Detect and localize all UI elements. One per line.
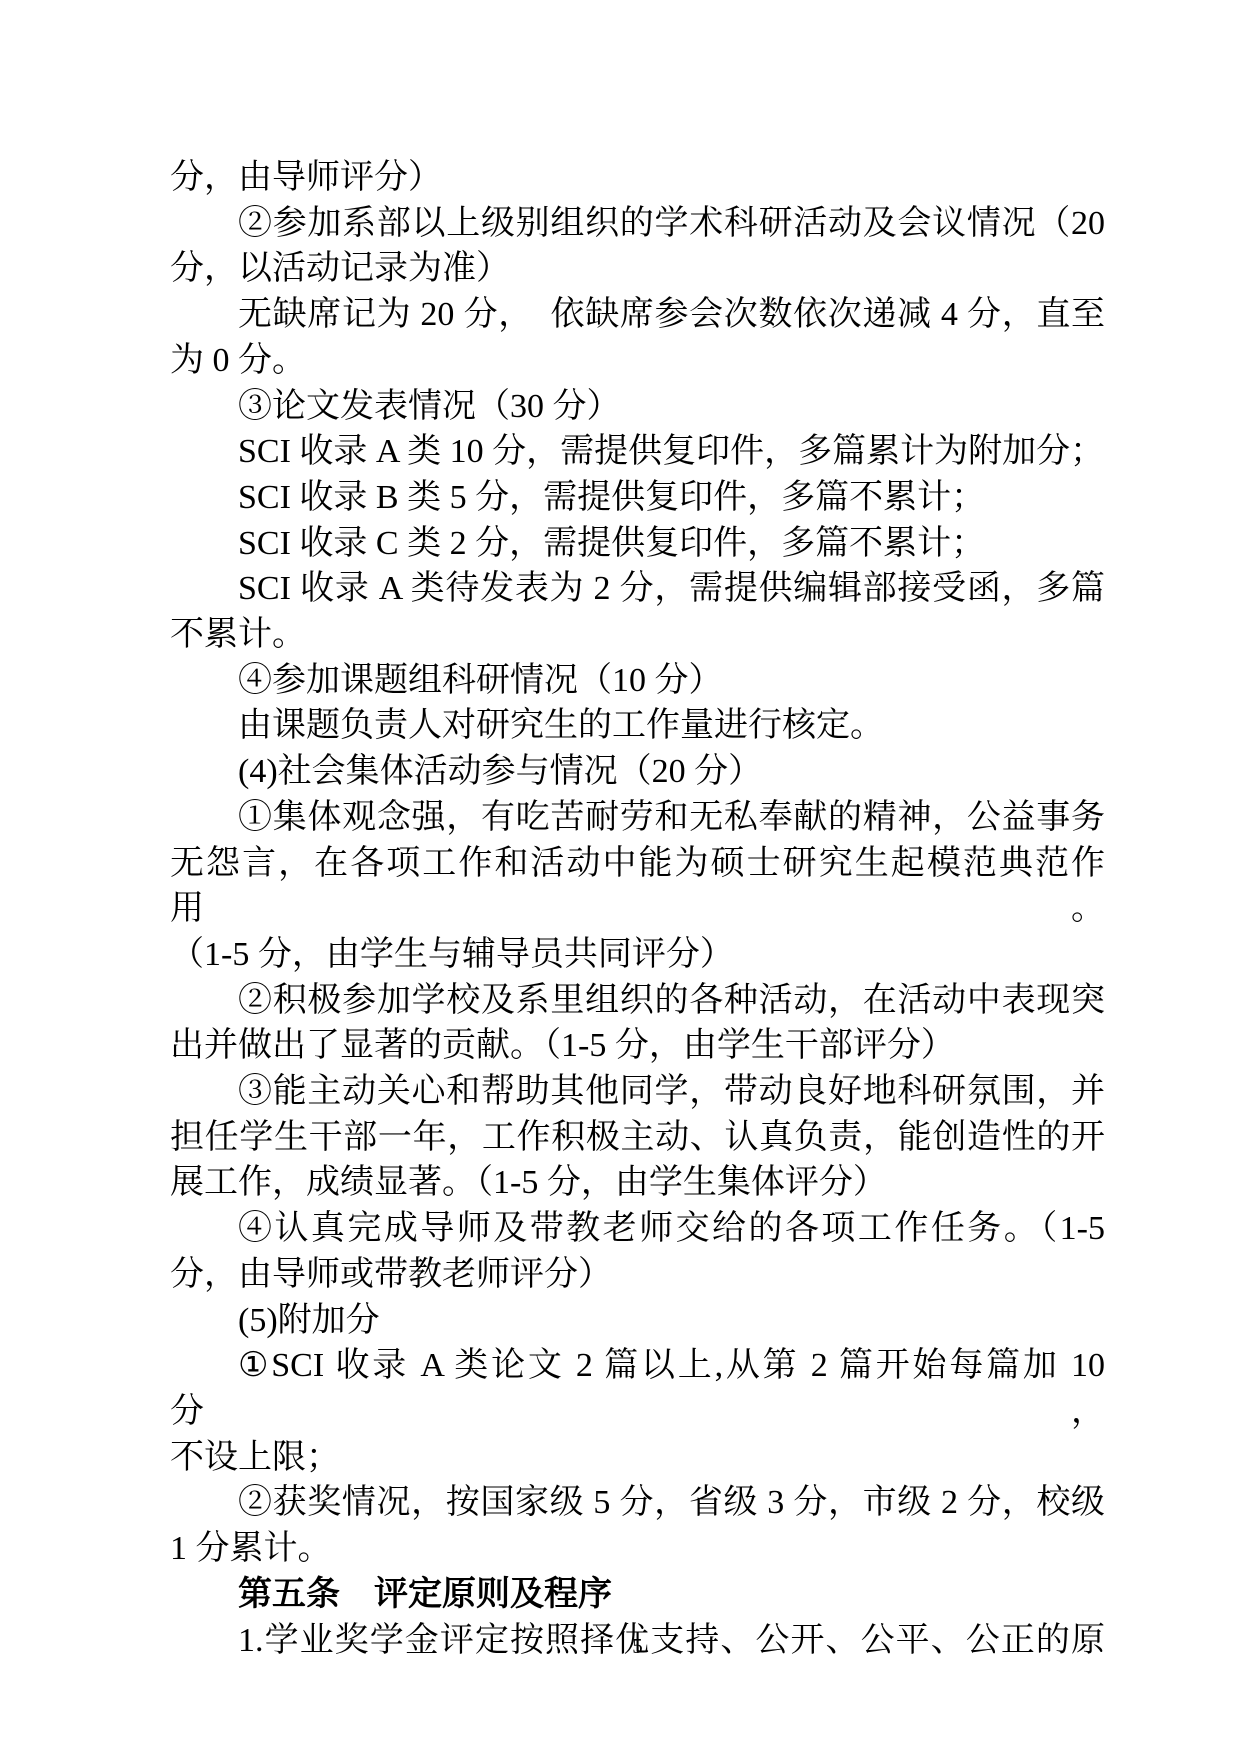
text-line: 出并做出了显著的贡献。（1-5 分，由学生干部评分） [170, 1023, 1105, 1069]
text-line: (4)社会集体活动参与情况（20 分） [170, 749, 1105, 795]
section-heading: 第五条 评定原则及程序 [170, 1572, 1105, 1618]
text-line: 无缺席记为 20 分， 依缺席参会次数依次递减 4 分，直至 [170, 292, 1105, 338]
text-line: SCI 收录 C 类 2 分，需提供复印件，多篇不累计； [170, 521, 1105, 567]
text-line: 分，由导师评分） [170, 155, 1105, 201]
text-line: ④参加课题组科研情况（10 分） [170, 658, 1105, 704]
text-line: ②参加系部以上级别组织的学术科研活动及会议情况（20 [170, 201, 1105, 247]
text-line: SCI 收录 A 类 10 分，需提供复印件，多篇累计为附加分； [170, 429, 1105, 475]
text-line: ①SCI 收录 A 类论文 2 篇以上,从第 2 篇开始每篇加 10 分， [170, 1343, 1105, 1434]
text-line: 不累计。 [170, 612, 1105, 658]
text-line: 不设上限； [170, 1435, 1105, 1481]
text-line: 担任学生干部一年，工作积极主动、认真负责，能创造性的开 [170, 1115, 1105, 1161]
text-line: SCI 收录 B 类 5 分，需提供复印件，多篇不累计； [170, 475, 1105, 521]
text-line: ②获奖情况，按国家级 5 分，省级 3 分，市级 2 分，校级 [170, 1480, 1105, 1526]
text-line: ①集体观念强，有吃苦耐劳和无私奉献的精神，公益事务 [170, 795, 1105, 841]
text-line: 无怨言，在各项工作和活动中能为硕士研究生起模范典范作用。 [170, 841, 1105, 932]
text-line: 分，由导师或带教老师评分） [170, 1252, 1105, 1298]
document-page: 分，由导师评分） ②参加系部以上级别组织的学术科研活动及会议情况（20 分，以活… [0, 0, 1241, 1755]
page-footer: 5 [170, 1632, 1105, 1660]
text-line: 为 0 分。 [170, 338, 1105, 384]
text-line: 分，以活动记录为准） [170, 246, 1105, 292]
text-line: ③能主动关心和帮助其他同学，带动良好地科研氛围，并 [170, 1069, 1105, 1115]
page-number: 5 [632, 1634, 643, 1658]
text-line: 由课题负责人对研究生的工作量进行核定。 [170, 703, 1105, 749]
text-line: ④认真完成导师及带教老师交给的各项工作任务。（1-5 [170, 1206, 1105, 1252]
text-line: （1-5 分，由学生与辅导员共同评分） [170, 932, 1105, 978]
text-line: 1 分累计。 [170, 1526, 1105, 1572]
text-line: SCI 收录 A 类待发表为 2 分，需提供编辑部接受函，多篇 [170, 566, 1105, 612]
document-body: 分，由导师评分） ②参加系部以上级别组织的学术科研活动及会议情况（20 分，以活… [170, 155, 1105, 1663]
text-line: ③论文发表情况（30 分） [170, 384, 1105, 430]
text-line: 展工作，成绩显著。（1-5 分，由学生集体评分） [170, 1160, 1105, 1206]
text-line: (5)附加分 [170, 1298, 1105, 1344]
text-line: ②积极参加学校及系里组织的各种活动，在活动中表现突 [170, 978, 1105, 1024]
